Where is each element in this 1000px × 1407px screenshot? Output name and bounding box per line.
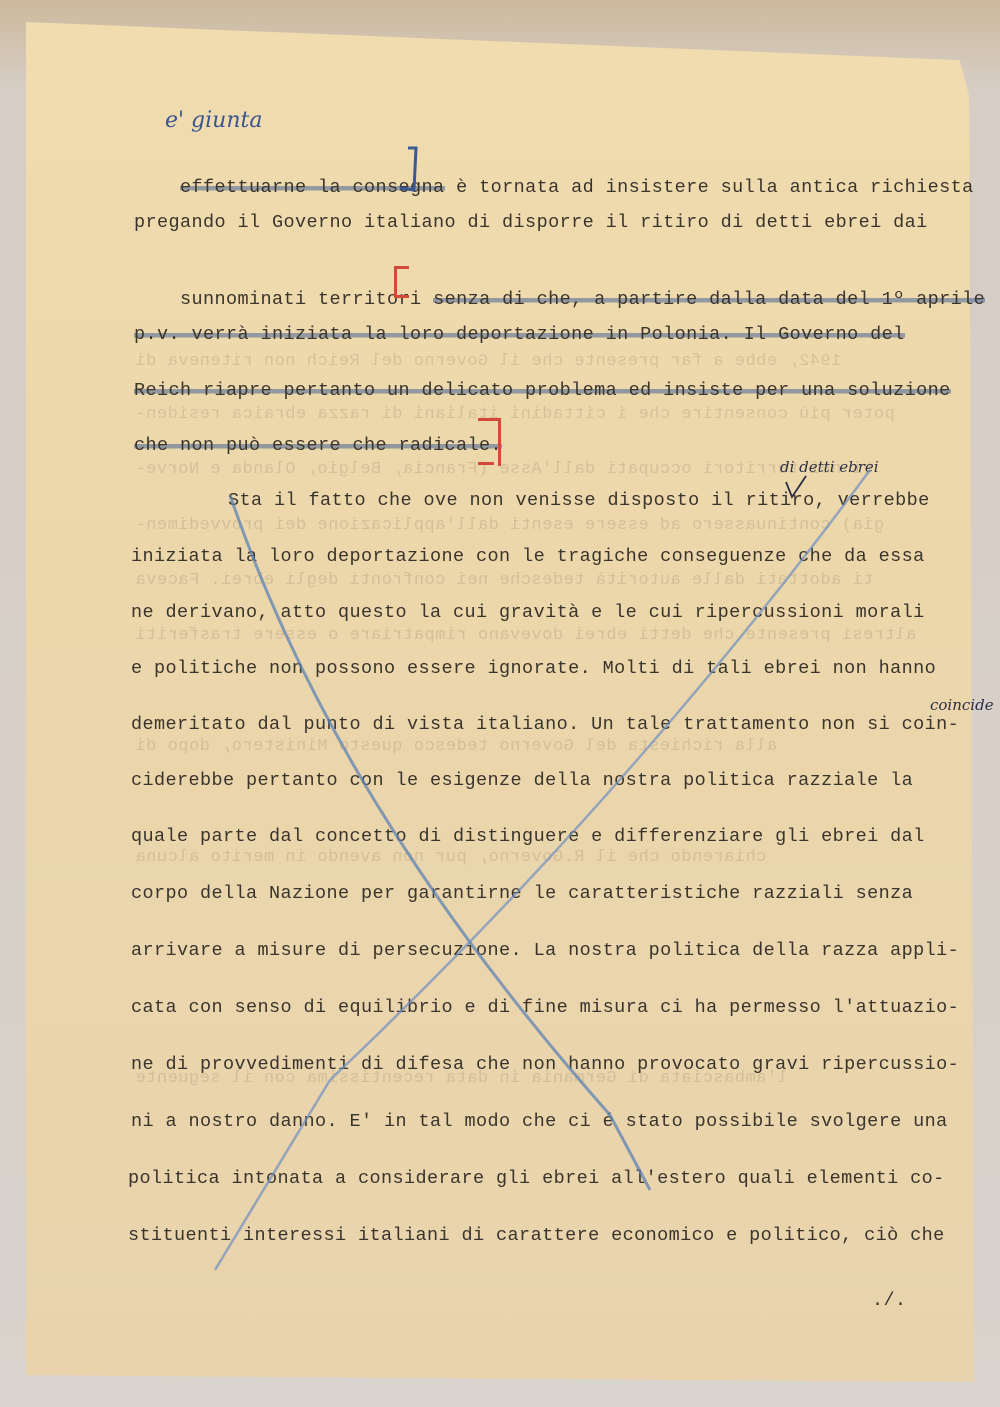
typed-line-1: effettuarne la consegna è tornata ad ins… [134,156,974,219]
typed-line-20: stituenti interessi italiani di caratter… [128,1225,945,1246]
margin-note-coincide: coincide [930,696,994,714]
typed-line-5-struck: Reich riapre pertanto un delicato proble… [134,380,951,401]
bleed-through-line: ti adottati dalle autorità tedesche nei … [135,571,873,590]
typed-line-2: pregando il Governo italiano di disporre… [134,212,928,233]
typed-line-10: e politiche non possono essere ignorate.… [131,658,936,679]
margin-note-detti-ebrei: di detti ebrei [780,458,879,476]
typed-line-14: corpo della Nazione per garantirne le ca… [131,883,913,904]
typed-line-3: sunnominati territori senza di che, a pa… [134,268,985,331]
bleed-through-line: 1942, ebbe a far presente che il Governo… [135,352,841,371]
bleed-through-line: chiarendo che il R.Governo, pur non aven… [135,848,766,867]
bleed-through-line: gia) continuassero ad essere esenti dall… [135,516,884,535]
typed-line-6-struck: che non può essere che radicale. [134,435,502,456]
typed-line-18: ni a nostro danno. E' in tal modo che ci… [131,1111,948,1132]
struck-text: senza di che, a partire dalla data del 1… [433,289,985,310]
typed-line-7: Sta il fatto che ove non venisse dispost… [228,490,930,511]
typed-line-9: ne derivano, atto questo la cui gravità … [131,602,925,623]
typed-line-15: arrivare a misure di persecuzione. La no… [131,940,959,961]
struck-text: effettuarne la consegna [180,177,445,198]
typed-line-19: politica intonata a considerare gli ebre… [128,1168,945,1189]
bleed-through-line: altresì presente che detti ebrei dovevan… [135,626,916,645]
typed-line-17: ne di provvedimenti di difesa che non ha… [131,1054,959,1075]
page-continuation-marker: ./. [872,1290,907,1311]
typed-line-4-struck: p.v. verrà iniziata la loro deportazione… [134,324,905,345]
handwritten-note-top: e' giunta [165,108,262,133]
typed-line-12: ciderebbe pertanto con le esigenze della… [131,770,913,791]
bleed-through-line: alla richiesta del Governo tedesco quest… [135,737,777,756]
bleed-through-line: poter più consentire che i cittadini ita… [135,405,895,424]
bleed-through-line: ti nei territori occupati dall'Asse (Fra… [135,460,873,479]
document-content: 1942, ebbe a far presente che il Governo… [0,0,1000,1407]
typed-line-16: cata con senso di equilibrio e di fine m… [131,997,959,1018]
red-bracket-mark [394,266,409,298]
typed-line-11: demeritato dal punto di vista italiano. … [131,714,959,735]
typed-line-8: iniziata la loro deportazione con le tra… [131,546,925,567]
typed-line-13: quale parte dal concetto di distinguere … [131,826,925,847]
